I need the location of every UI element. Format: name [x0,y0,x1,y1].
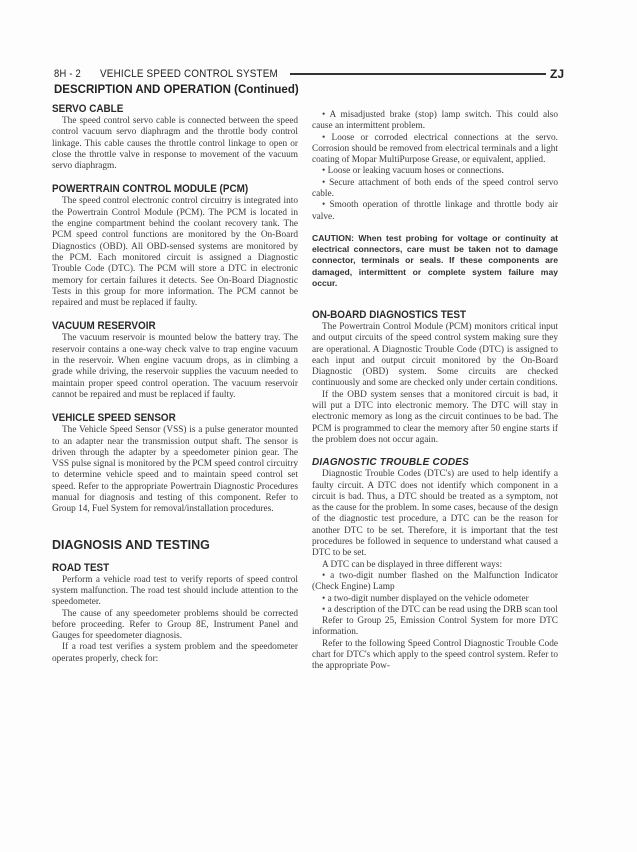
caution-label: CAUTION: [312,233,354,243]
pcm-text: The speed control electronic control cir… [52,196,298,309]
road-test-section: ROAD TEST Perform a vehicle road test to… [52,562,298,665]
road-test-paragraph: If a road test verifies a system problem… [52,642,298,665]
obd-paragraph: The Powertrain Control Module (PCM) moni… [312,322,558,390]
servo-cable-heading: SERVO CABLE [52,103,273,115]
dtc-paragraph: Refer to the following Speed Control Dia… [312,639,558,673]
obd-test-section: ON-BOARD DIAGNOSTICS TEST The Powertrain… [312,309,558,446]
left-column: SERVO CABLE The speed control servo cabl… [52,103,298,676]
caution-note: CAUTION: When test probing for voltage o… [312,233,558,289]
page-number: 8H - 2 [54,68,81,80]
page-header: 8H - 2 VEHICLE SPEED CONTROL SYSTEM ZJ [54,67,564,81]
vacuum-reservoir-heading: VACUUM RESERVOIR [52,320,273,332]
model-code: ZJ [550,67,564,81]
vss-text: The Vehicle Speed Sensor (VSS) is a puls… [52,425,298,515]
checklist-item: • Loose or leaking vacuum hoses or conne… [312,166,558,177]
diagnosis-testing-title: DIAGNOSIS AND TESTING [52,538,298,552]
vss-section: VEHICLE SPEED SENSOR The Vehicle Speed S… [52,412,298,515]
pcm-heading: POWERTRAIN CONTROL MODULE (PCM) [52,183,273,195]
checklist: • A misadjusted brake (stop) lamp switch… [312,110,558,223]
chapter-title: VEHICLE SPEED CONTROL SYSTEM [100,68,278,80]
checklist-item: • Secure attachment of both ends of the … [312,178,558,201]
dtc-section: DIAGNOSTIC TROUBLE CODES Diagnostic Trou… [312,457,558,672]
road-test-heading: ROAD TEST [52,562,273,574]
servo-cable-section: SERVO CABLE The speed control servo cabl… [52,103,298,172]
vss-heading: VEHICLE SPEED SENSOR [52,412,273,424]
obd-test-heading: ON-BOARD DIAGNOSTICS TEST [312,309,533,321]
dtc-bullet: • a description of the DTC can be read u… [312,605,558,616]
checklist-item: • Smooth operation of throttle linkage a… [312,200,558,223]
road-test-paragraph: The cause of any speedometer problems sh… [52,609,298,643]
road-test-paragraph: Perform a vehicle road test to verify re… [52,575,298,609]
vacuum-reservoir-text: The vacuum reservoir is mounted below th… [52,333,298,401]
dtc-paragraph: A DTC can be displayed in three differen… [312,560,558,571]
dtc-bullet: • a two-digit number flashed on the Malf… [312,571,558,594]
checklist-item: • A misadjusted brake (stop) lamp switch… [312,110,558,133]
dtc-paragraph: Diagnostic Trouble Codes (DTC's) are use… [312,469,558,559]
pcm-section: POWERTRAIN CONTROL MODULE (PCM) The spee… [52,183,298,309]
dtc-paragraph: Refer to Group 25, Emission Control Syst… [312,616,558,639]
right-column: • A misadjusted brake (stop) lamp switch… [312,110,558,684]
vacuum-reservoir-section: VACUUM RESERVOIR The vacuum reservoir is… [52,320,298,401]
servo-cable-text: The speed control servo cable is connect… [52,116,298,172]
checklist-item: • Loose or corroded electrical connectio… [312,133,558,167]
section-title-continued: DESCRIPTION AND OPERATION (Continued) [54,84,299,96]
obd-paragraph: If the OBD system senses that a monitore… [312,390,558,446]
header-rule [290,73,546,75]
dtc-heading: DIAGNOSTIC TROUBLE CODES [312,457,558,468]
dtc-bullet: • a two-digit number displayed on the ve… [312,594,558,605]
